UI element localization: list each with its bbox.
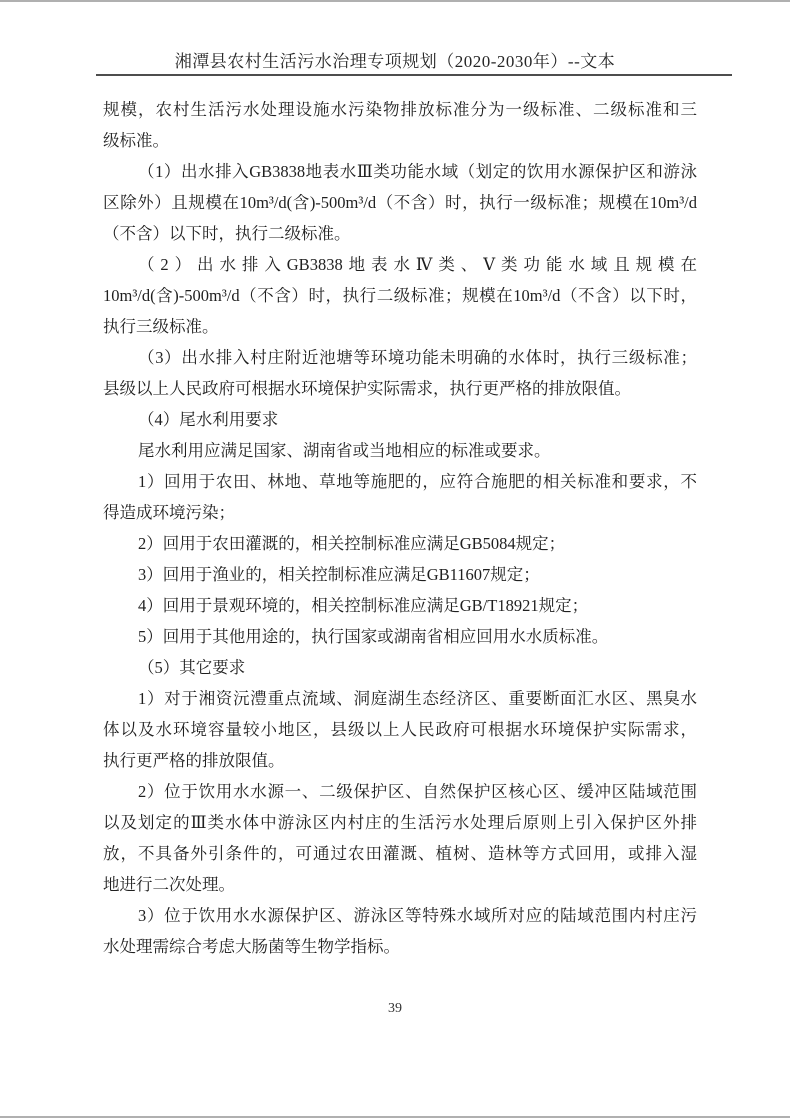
text-line: 1）对于湘资沅澧重点流域、洞庭湖生态经济区、重要断面汇水区、黑臭水 (103, 683, 697, 714)
text-line: 执行三级标准。 (103, 311, 697, 342)
document-page: 湘潭县农村生活污水治理专项规划（2020-2030年）--文本 规模，农村生活污… (0, 0, 790, 1118)
page-footer: 39 (0, 1001, 790, 1017)
text-line: （3）出水排入村庄附近池塘等环境功能未明确的水体时，执行三级标准； (103, 342, 697, 373)
text-line: 4）回用于景观环境的，相关控制标准应满足GB/T18921规定； (103, 590, 697, 621)
text-line: 级标准。 (103, 125, 697, 156)
text-line: （4）尾水利用要求 (103, 404, 697, 435)
text-line: 放，不具备外引条件的，可通过农田灌溉、植树、造林等方式回用，或排入湿 (103, 838, 697, 869)
paragraph: 1）对于湘资沅澧重点流域、洞庭湖生态经济区、重要断面汇水区、黑臭水体以及水环境容… (103, 683, 697, 776)
text-line: 县级以上人民政府可根据水环境保护实际需求，执行更严格的排放限值。 (103, 373, 697, 404)
paragraph: 尾水利用应满足国家、湖南省或当地相应的标准或要求。 (103, 435, 697, 466)
text-line: （不含）以下时，执行二级标准。 (103, 218, 697, 249)
text-line: 得造成环境污染； (103, 497, 697, 528)
text-line: 2）位于饮用水水源一、二级保护区、自然保护区核心区、缓冲区陆域范围 (103, 776, 697, 807)
text-line: 1）回用于农田、林地、草地等施肥的，应符合施肥的相关标准和要求，不 (103, 466, 697, 497)
paragraph: 3）回用于渔业的，相关控制标准应满足GB11607规定； (103, 559, 697, 590)
text-line: 地进行二次处理。 (103, 869, 697, 900)
paragraph: 1）回用于农田、林地、草地等施肥的，应符合施肥的相关标准和要求，不得造成环境污染… (103, 466, 697, 528)
text-line: 10m³/d(含)-500m³/d（不含）时，执行二级标准；规模在10m³/d（… (103, 280, 697, 311)
text-line: 3）回用于渔业的，相关控制标准应满足GB11607规定； (103, 559, 697, 590)
paragraph: （3）出水排入村庄附近池塘等环境功能未明确的水体时，执行三级标准；县级以上人民政… (103, 342, 697, 404)
text-line: （2）出水排入GB3838地表水Ⅳ类、Ⅴ类功能水域且规模在 (103, 249, 697, 280)
paragraph: 4）回用于景观环境的，相关控制标准应满足GB/T18921规定； (103, 590, 697, 621)
paragraph: （4）尾水利用要求 (103, 404, 697, 435)
text-line: 执行更严格的排放限值。 (103, 745, 697, 776)
text-line: 体以及水环境容量较小地区，县级以上人民政府可根据水环境保护实际需求， (103, 714, 697, 745)
text-line: 2）回用于农田灌溉的，相关控制标准应满足GB5084规定； (103, 528, 697, 559)
document-body: 规模，农村生活污水处理设施水污染物排放标准分为一级标准、二级标准和三级标准。（1… (103, 94, 697, 962)
text-line: （1）出水排入GB3838地表水Ⅲ类功能水域（划定的饮用水源保护区和游泳 (103, 156, 697, 187)
text-line: 规模，农村生活污水处理设施水污染物排放标准分为一级标准、二级标准和三 (103, 94, 697, 125)
paragraph: 3）位于饮用水水源保护区、游泳区等特殊水域所对应的陆域范围内村庄污水处理需综合考… (103, 900, 697, 962)
paragraph: （2）出水排入GB3838地表水Ⅳ类、Ⅴ类功能水域且规模在10m³/d(含)-5… (103, 249, 697, 342)
text-line: 3）位于饮用水水源保护区、游泳区等特殊水域所对应的陆域范围内村庄污 (103, 900, 697, 931)
paragraph: 5）回用于其他用途的，执行国家或湖南省相应回用水水质标准。 (103, 621, 697, 652)
text-line: 区除外）且规模在10m³/d(含)-500m³/d（不含）时，执行一级标准；规模… (103, 187, 697, 218)
text-line: 尾水利用应满足国家、湖南省或当地相应的标准或要求。 (103, 435, 697, 466)
page-header: 湘潭县农村生活污水治理专项规划（2020-2030年）--文本 (0, 47, 790, 72)
header-rule (96, 74, 732, 76)
header-title: 湘潭县农村生活污水治理专项规划（2020-2030年）--文本 (175, 52, 615, 71)
paragraph: 规模，农村生活污水处理设施水污染物排放标准分为一级标准、二级标准和三级标准。 (103, 94, 697, 156)
page-number: 39 (388, 1001, 402, 1016)
text-line: 以及划定的Ⅲ类水体中游泳区内村庄的生活污水处理后原则上引入保护区外排 (103, 807, 697, 838)
text-line: 水处理需综合考虑大肠菌等生物学指标。 (103, 931, 697, 962)
paragraph: （1）出水排入GB3838地表水Ⅲ类功能水域（划定的饮用水源保护区和游泳区除外）… (103, 156, 697, 249)
paragraph: 2）位于饮用水水源一、二级保护区、自然保护区核心区、缓冲区陆域范围以及划定的Ⅲ类… (103, 776, 697, 900)
paragraph: 2）回用于农田灌溉的，相关控制标准应满足GB5084规定； (103, 528, 697, 559)
text-line: 5）回用于其他用途的，执行国家或湖南省相应回用水水质标准。 (103, 621, 697, 652)
paragraph: （5）其它要求 (103, 652, 697, 683)
page-edge-top (0, 0, 790, 2)
text-line: （5）其它要求 (103, 652, 697, 683)
